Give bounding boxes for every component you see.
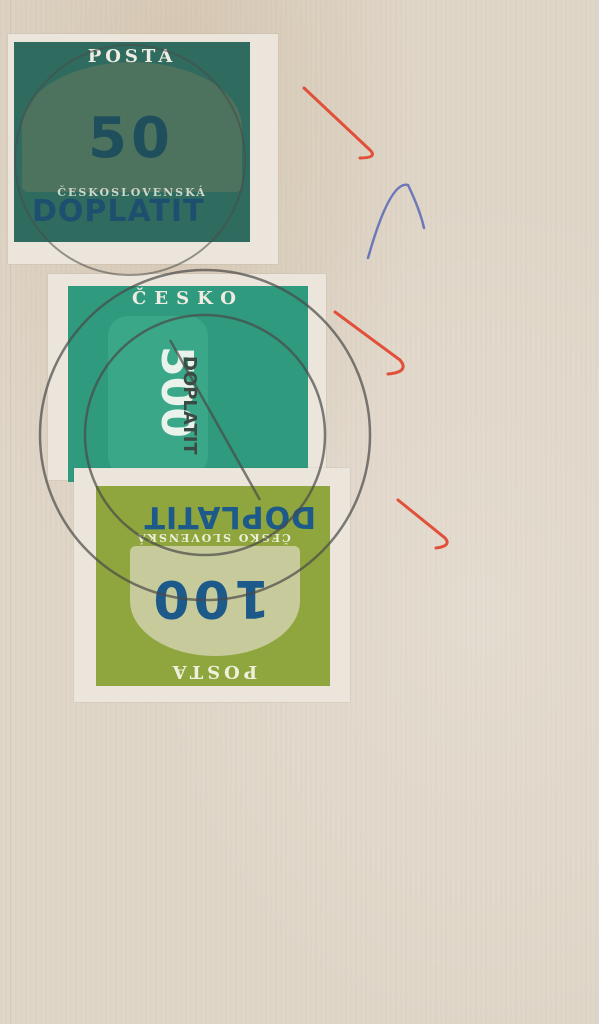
- marks-overlay: [0, 0, 599, 1024]
- red-pen-check-marks: [304, 88, 447, 548]
- blue-pen-mark: [368, 185, 424, 258]
- postmark-top: [15, 45, 245, 275]
- postmark-middle: [40, 270, 370, 600]
